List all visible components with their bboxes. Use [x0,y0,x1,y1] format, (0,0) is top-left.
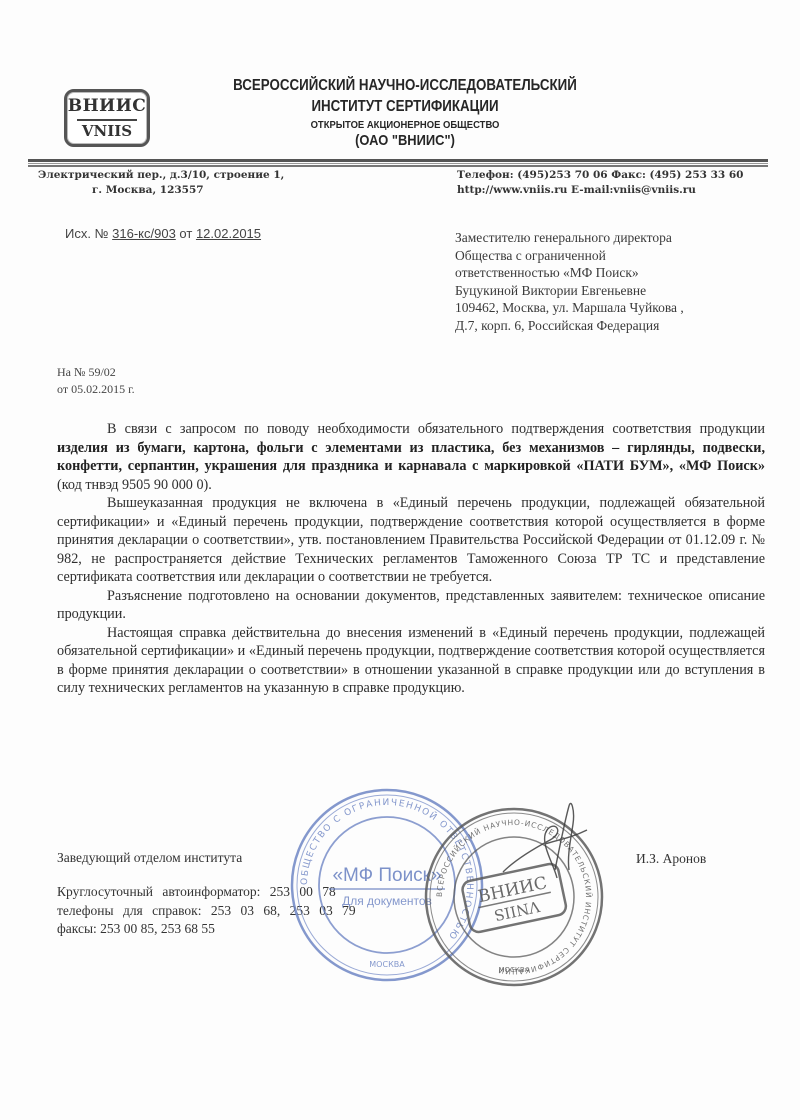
org-name-line1: ВСЕРОССИЙСКИЙ НАУЧНО-ИССЛЕДОВАТЕЛЬСКИЙ [203,77,607,95]
outgoing-reference: Исх. № 316-кс/903 от 12.02.2015 [65,226,261,241]
address-line2: г. Москва, 123557 [38,183,284,198]
logo-bottom-text: VNIIS [67,122,147,140]
signer-title: Заведующий отделом института [57,850,242,866]
outgoing-date-prefix: от [179,226,192,241]
header-rule-thin [28,163,768,164]
paragraph-not-included: Вышеуказанная продукция не включена в «Е… [57,494,765,587]
recipient-line: Общества с ограниченной [455,247,684,265]
letter-body: В связи с запросом по поводу необходимос… [57,420,765,698]
outgoing-prefix: Исх. № [65,226,109,241]
paragraph-validity: Настоящая справка действительна до внесе… [57,624,765,698]
recipient-line: Д.7, корп. 6, Российская Федерация [455,317,684,335]
stamp-gray-city: МОСКВА [499,966,530,974]
signer-name: И.З. Аронов [636,851,706,867]
incoming-number: На № 59/02 [57,364,135,381]
recipient-block: Заместителю генерального директора Общес… [455,229,684,335]
recipient-line: ответственностью «МФ Поиск» [455,264,684,282]
org-name-line2: ИНСТИТУТ СЕРТИФИКАЦИИ [203,98,607,116]
header-rule [28,159,768,162]
address-line1: Электрический пер., д.3/10, строение 1, [38,168,284,183]
org-contacts: Телефон: (495)253 70 06 Факс: (495) 253 … [457,168,743,198]
phone-fax-line: Телефон: (495)253 70 06 Факс: (495) 253 … [457,168,743,183]
p1-start: В связи с запросом по поводу необходимос… [107,421,765,437]
header-rule-bottom [28,165,768,167]
p1-end: (код тнвэд 9505 90 000 0). [57,477,212,493]
letter-page: ВНИИС VNIIS ВСЕРОССИЙСКИЙ НАУЧНО-ИССЛЕДО… [0,0,800,1120]
stamp-blue-city: МОСКВА [369,960,405,969]
org-short-name: (ОАО "ВНИИС") [203,132,607,149]
incoming-date: от 05.02.2015 г. [57,381,135,398]
recipient-line: Заместителю генерального директора [455,229,684,247]
vniis-logo: ВНИИС VNIIS [64,89,150,147]
incoming-reference: На № 59/02 от 05.02.2015 г. [57,364,135,398]
logo-divider [77,119,137,121]
web-email-line: http://www.vniis.ru E-mail:vniis@vniis.r… [457,183,743,198]
org-type: ОТКРЫТОЕ АКЦИОНЕРНОЕ ОБЩЕСТВО [194,119,617,131]
recipient-line: Буцукиной Виктории Евгеньевне [455,282,684,300]
recipient-line: 109462, Москва, ул. Маршала Чуйкова , [455,299,684,317]
handwritten-signature [495,800,605,890]
outgoing-date: 12.02.2015 [196,226,261,241]
paragraph-request: В связи с запросом по поводу необходимос… [57,420,765,494]
product-description: изделия из бумаги, картона, фольги с эле… [57,440,765,475]
outgoing-number: 316-кс/903 [112,226,176,241]
org-address: Электрический пер., д.3/10, строение 1, … [38,168,284,198]
signature-icon [495,800,605,890]
paragraph-basis: Разъяснение подготовлено на основании до… [57,587,765,624]
logo-top-text: ВНИИС [67,96,147,116]
stamp-blue-sub: Для документов [342,894,432,908]
